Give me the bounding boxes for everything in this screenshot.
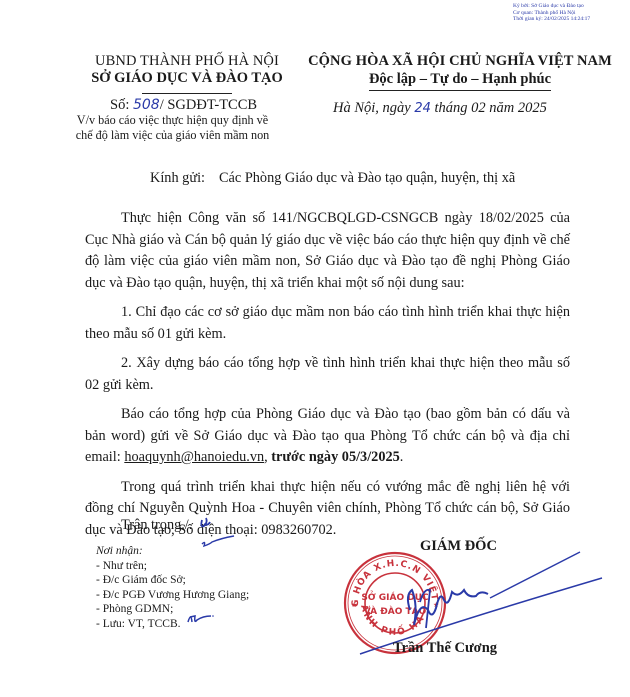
addressee-label: Kính gửi: <box>150 170 205 186</box>
header-divider <box>142 93 232 94</box>
issuing-agency: SỞ GIÁO DỤC VÀ ĐÀO TẠO <box>62 70 312 87</box>
issuing-authority: UBND THÀNH PHỐ HÀ NỘI SỞ GIÁO DỤC VÀ ĐÀO… <box>62 53 312 94</box>
intro-paragraph: Thực hiện Công văn số 141/NGCBQLGD-CSNGC… <box>85 208 570 294</box>
report-paragraph: Báo cáo tổng hợp của Phòng Giáo dục và Đ… <box>85 404 570 469</box>
recipient-item: - Đ/c PGĐ Vương Hương Giang; <box>96 588 249 603</box>
recipient-item: - Như trên; <box>96 559 249 574</box>
deadline: trước ngày 05/3/2025 <box>271 449 399 465</box>
recipients-title: Nơi nhận: <box>96 544 249 559</box>
digital-signature-info: Ký bởi: Sở Giáo dục và Đào tạo Cơ quan: … <box>513 3 590 23</box>
handwritten-initial-icon <box>185 608 215 626</box>
document-number: Số: 508/ SGDĐT-TCCB <box>110 96 257 114</box>
issue-day: 24 <box>414 101 431 116</box>
addressee: Kính gửi:Các Phòng Giáo dục và Đào tạo q… <box>150 170 515 187</box>
recipient-item: - Phòng GDMN; <box>96 602 249 617</box>
document-subject: V/v báo cáo việc thực hiện quy định về c… <box>70 113 275 143</box>
issue-date: Hà Nội, ngày 24 tháng 02 năm 2025 <box>333 100 547 117</box>
closing: Trân trọng./. <box>121 517 192 534</box>
motto: Độc lập – Tự do – Hạnh phúc <box>369 71 551 91</box>
addressee-recipient: Các Phòng Giáo dục và Đào tạo quận, huyệ… <box>219 170 515 186</box>
recipients-list: Nơi nhận: - Như trên; - Đ/c Giám đốc Sở;… <box>96 544 249 632</box>
document-number-value: 508 <box>133 97 160 113</box>
document-body: Thực hiện Công văn số 141/NGCBQLGD-CSNGC… <box>85 208 570 541</box>
signing-time: Thời gian ký: 24/02/2025 14:24:17 <box>513 16 590 23</box>
item-2: 2. Xây dựng báo cáo tổng hợp về tình hìn… <box>85 353 570 396</box>
signatory-name: Trần Thế Cương <box>393 640 497 657</box>
recipient-item: - Đ/c Giám đốc Sở; <box>96 573 249 588</box>
item-1: 1. Chỉ đạo các cơ sở giáo dục mầm non bá… <box>85 302 570 345</box>
parent-authority: UBND THÀNH PHỐ HÀ NỘI <box>62 53 312 70</box>
recipient-item: - Lưu: VT, TCCB. <box>96 617 249 632</box>
signed-by: Ký bởi: Sở Giáo dục và Đào tạo <box>513 3 590 10</box>
contact-email-link[interactable]: hoaquynh@hanoiedu.vn <box>124 449 264 465</box>
country-name: CỘNG HÒA XÃ HỘI CHỦ NGHĨA VIỆT NAM <box>300 53 620 70</box>
national-motto: CỘNG HÒA XÃ HỘI CHỦ NGHĨA VIỆT NAM Độc l… <box>300 53 620 91</box>
